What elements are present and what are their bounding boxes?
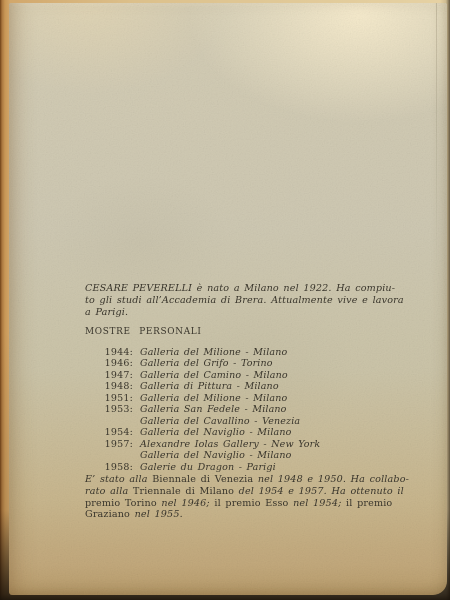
book-page-photo: CESARE PEVERELLI è nato a Milano nel 192… [0,0,450,600]
bio-line: rato alla Triennale di Milano del 1954 e… [85,486,409,498]
exhibition-row: Galleria del Naviglio - Milano [85,450,320,461]
bio-paragraph: E’ stato alla Biennale di Venezia nel 19… [85,474,409,521]
venue-label: Galleria del Milione - Milano [140,347,287,358]
venue-label: Galleria del Naviglio - Milano [140,427,292,438]
bio-text-segment: rato alla [85,486,133,497]
exhibition-row: 1947: Galleria del Camino - Milano [85,370,320,381]
bio-text-segment: Biennale di Venezia [152,474,258,485]
intro-line: a Parigi. [85,307,404,319]
exhibition-row: 1953: Galleria San Fedele - Milano [85,404,320,415]
exhibition-row: 1944: Galleria del Milione - Milano [85,347,320,358]
bio-text-segment: nel 1954; [293,498,341,509]
bio-line: Graziano nel 1955. [85,509,409,521]
year-label: 1944: [85,347,133,358]
exhibition-row: 1948: Galleria di Pittura - Milano [85,381,320,392]
intro-line: to gli studi all’Accademia di Brera. Att… [85,295,404,307]
bio-line: premio Torino nel 1946; il premio Esso n… [85,498,409,510]
bio-text-segment: nel 1948 e 1950. Ha collabo- [258,474,409,485]
bio-text-segment: nel 1946; [161,498,209,509]
intro-paragraph: CESARE PEVERELLI è nato a Milano nel 192… [85,283,404,319]
year-label: 1951: [85,393,133,404]
venue-label: Galleria del Milione - Milano [140,393,287,404]
venue-label: Alexandre Iolas Gallery - New York [140,439,320,450]
intro-line: CESARE PEVERELLI è nato a Milano nel 192… [85,283,404,295]
exhibition-row: Galleria del Cavallino - Venezia [85,416,320,427]
venue-label: Galleria del Camino - Milano [140,370,288,381]
year-label [85,450,133,461]
bio-text-segment: il premio [341,498,392,509]
exhibition-list: 1944: Galleria del Milione - Milano 1946… [85,347,320,473]
exhibition-row: 1957: Alexandre Iolas Gallery - New York [85,439,320,450]
exhibition-row: 1946: Galleria del Grifo - Torino [85,358,320,369]
bio-text-segment: Graziano [85,509,135,520]
year-label [85,416,133,427]
year-label: 1947: [85,370,133,381]
year-label: 1946: [85,358,133,369]
exhibition-row: 1958: Galerie du Dragon - Parigi [85,462,320,473]
bio-text-segment: Triennale di Milano [133,486,239,497]
bio-text-segment: premio Torino [85,498,161,509]
year-label: 1948: [85,381,133,392]
year-label: 1957: [85,439,133,450]
exhibition-row: 1954: Galleria del Naviglio - Milano [85,427,320,438]
venue-label: Galleria del Naviglio - Milano [140,450,292,461]
bio-text-segment: E’ stato alla [85,474,152,485]
section-heading: MOSTRE PERSONALI [85,327,202,338]
venue-label: Galleria di Pittura - Milano [140,381,279,392]
bio-line: E’ stato alla Biennale di Venezia nel 19… [85,474,409,486]
year-label: 1958: [85,462,133,473]
book-page: CESARE PEVERELLI è nato a Milano nel 192… [9,3,447,595]
venue-label: Galleria del Cavallino - Venezia [140,416,300,427]
venue-label: Galleria del Grifo - Torino [140,358,273,369]
bio-text-segment: del 1954 e 1957. Ha ottenuto il [239,486,404,497]
bio-text-segment: nel 1955. [135,509,183,520]
venue-label: Galleria San Fedele - Milano [140,404,287,415]
venue-label: Galerie du Dragon - Parigi [140,462,276,473]
exhibition-row: 1951: Galleria del Milione - Milano [85,393,320,404]
year-label: 1953: [85,404,133,415]
year-label: 1954: [85,427,133,438]
bio-text-segment: il premio Esso [210,498,293,509]
